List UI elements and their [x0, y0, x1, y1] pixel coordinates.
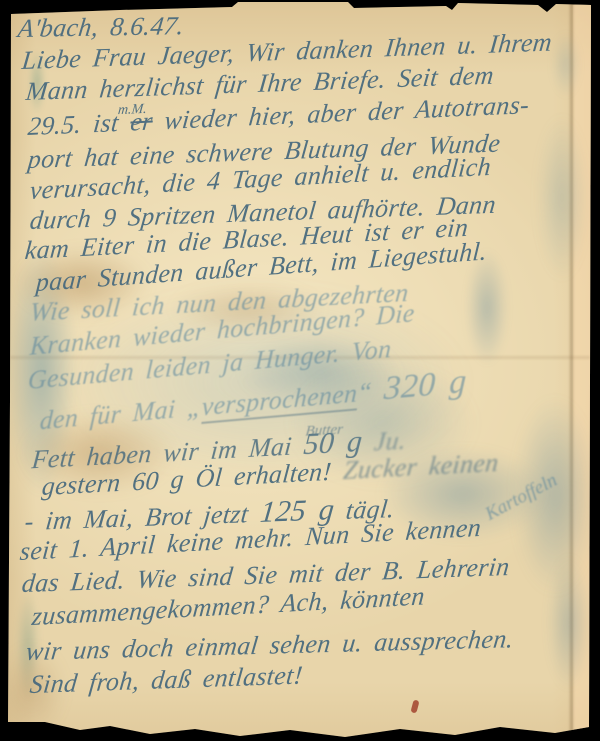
- ration-amount: 320 g: [383, 363, 468, 408]
- dateline: A'bach, 8.6.47.: [16, 11, 186, 44]
- letter-line-closing: Sind froh, daß entlastet!: [28, 660, 304, 700]
- smudged-segment: Ju.: [361, 425, 407, 456]
- right-fold-strip: [573, 0, 591, 741]
- red-pencil-mark: [410, 699, 419, 713]
- letter-photograph: A'bach, 8.6.47. Liebe Frau Jaeger, Wir d…: [0, 0, 600, 741]
- right-crease: [570, 0, 573, 741]
- inserted-correction: m.M.: [117, 103, 119, 120]
- underlined-word: versprochenen: [201, 378, 358, 424]
- line-segment: den für Mai „: [39, 392, 203, 435]
- line-segment: 29.5. ist: [27, 107, 132, 141]
- line-segment: “: [357, 376, 385, 408]
- note-above-line: Butter: [305, 424, 306, 441]
- letter-paper: A'bach, 8.6.47. Liebe Frau Jaeger, Wir d…: [0, 0, 600, 741]
